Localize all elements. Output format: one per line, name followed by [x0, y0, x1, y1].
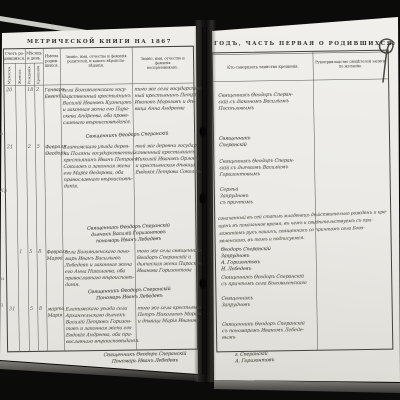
col-header-male: Мужеска. — [7, 64, 11, 84]
godparents-entry: той же деревни государ-ственный крестьян… — [135, 142, 193, 175]
handwriting-line: Евдокія Петрова Соколова — [135, 168, 194, 175]
male-count: 20 — [6, 87, 15, 93]
officiant-entry: Священникъ Ѳеодоръ Сперан-скій съ дьячко… — [219, 157, 317, 178]
baptism-day: 2 — [36, 87, 43, 93]
right-register-table: Кто совершалъ таинство крещенія. Рукопри… — [212, 50, 394, 353]
col-header-female: Женска. — [18, 64, 22, 84]
cross-page-annotation: означенный въ сей статьѣ младенецъ дѣйст… — [218, 209, 389, 246]
officiant-entry: СергѣйЗапрудновъсъ причтомъ — [220, 185, 318, 206]
handwriting-line: вославнаго вѣроисповѣданія. — [66, 338, 136, 345]
baptism-day: 8 — [38, 249, 45, 255]
margin-mark: З — [0, 303, 3, 309]
baptism-day: 5 — [37, 144, 44, 150]
birth-day: 18 — [27, 87, 34, 93]
binding-stitch-knot — [200, 126, 207, 137]
col-header-count: Счетъ ро- дившихся. — [4, 51, 25, 61]
handwriting-line: Запрудновъ — [221, 300, 319, 308]
binding-stitch-thread — [206, 27, 207, 375]
handwriting-line: вымъ — [222, 333, 320, 341]
parents-entry: Елатомскаго уѣзда селаАрхангельскаго дья… — [65, 305, 135, 345]
name-cell: Февраля Марѳа — [47, 249, 64, 262]
bottom-signatures: г. СперанскійА. Горизонтовъ — [235, 349, 315, 365]
margin-mark: н — [0, 131, 3, 137]
register-row: 21 2 5 Февраля Ѳеодоръ Елатомскаго уѣзда… — [5, 140, 195, 248]
godparents-entry: того же села священникъѲеодоръ Сперанскі… — [137, 247, 195, 274]
register-row: 1 5 8 Февраля Марѳа села Богоявленскаго … — [7, 245, 197, 305]
handwriting-line: славнаго вѣроисповѣданія. — [63, 119, 133, 126]
handwriting-line: съ причтомъ села Богоявленскаго — [221, 279, 319, 287]
handwriting-line: Горизонтовымъ — [219, 170, 317, 178]
parents-entry: Елатомскаго уѣзда дерев-ни Поляны госуда… — [63, 143, 133, 189]
godparents-entry: того же села государствен-ный крестьянин… — [134, 85, 192, 112]
row-signatures: Священникъ Ѳеодоръ СперанскійПономарь Ив… — [65, 286, 193, 301]
handwriting-line: съ причтомъ — [220, 198, 318, 206]
col-header-baptized: Крещенія. — [36, 64, 40, 84]
col-header-godparents: Званіе, имя, отчество и фамилія воспріем… — [132, 56, 193, 70]
col-header-born: Рожденія. — [27, 64, 31, 84]
register-row: 20 18 2 Генваря Евгеній села Богоявленск… — [4, 83, 194, 143]
name-cell: марта Марія — [47, 306, 64, 319]
birth-day: 5 — [29, 249, 36, 255]
clergy-signatures: Священникъ Ѳеодоръ СперанскійПономарь Ив… — [90, 350, 200, 365]
handwritten-flourish-mark — [376, 37, 399, 87]
godparents-entry: того же села крестьянинъПетръ Николаевъ … — [137, 304, 195, 324]
baptism-day: 8 — [39, 306, 46, 312]
row-signatures: Священникъ Ѳеодоръ Сперанскій — [63, 131, 191, 139]
officiant-entry: Священникъ Ѳеодоръ Сперанскійсъ пономаре… — [222, 320, 320, 341]
handwriting-line: И. Лебедевъ — [221, 264, 319, 272]
birth-day: 2 — [28, 144, 35, 150]
header-bottom-line — [213, 79, 388, 82]
binding-stitch-knot — [200, 278, 207, 289]
handwriting-line: Сперанскій — [219, 140, 317, 148]
officiant-entry: Священникъ Ѳеодоръ Сперан-скій съ діакон… — [218, 91, 316, 112]
col-header-parents: Званіе, имя, отчество и фамилія родителе… — [60, 54, 132, 69]
officiant-entry: СвященникъЗапрудновъ — [221, 294, 319, 309]
child-name: Евгеній — [44, 93, 61, 100]
margin-mark: и — [1, 276, 4, 282]
handwriting-line: вица Анна Андреева — [134, 105, 193, 112]
handwriting-line: Священникъ Ѳеодоръ Сперанскій — [63, 129, 191, 141]
birth-day: 5 — [30, 306, 37, 312]
handwriting-line: данія. — [64, 182, 134, 189]
col-header-month-day: Мѣсяцъ и день. — [25, 51, 43, 61]
left-register-table: Счетъ ро- дившихся. Мѣсяцъ и день. Мужес… — [3, 46, 198, 353]
male-count: 31 — [9, 306, 18, 312]
child-name: Ѳеодоръ — [45, 150, 62, 157]
left-page-title: МЕТРИЧЕСКОЙ КНИГИ НА 1867 — [5, 38, 194, 45]
female-count: 1 — [19, 249, 27, 255]
handwriting-line: Иванова Горизонтова — [137, 267, 196, 274]
child-name: Марія — [47, 312, 64, 319]
right-page-title: ГОДЪ, ЧАСТЬ ПЕРВАЯ О РОДИВШИХСЯ. — [214, 40, 389, 47]
col-header-names: Имена родив- шихся. — [43, 54, 60, 68]
scanned-book-photo: МЕТРИЧЕСКОЙ КНИГИ НА 1867 Счетъ ро- дивш… — [0, 0, 400, 400]
handwriting-line: и дѣвица Марія Иванова — [137, 317, 196, 324]
parents-entry: села Богоявленскаго поно-марь Иванъ Васи… — [65, 248, 135, 288]
child-name: Марѳа — [47, 255, 64, 262]
col-header-officiant: Кто совершалъ таинство крещенія. — [217, 64, 309, 70]
parents-entry: села Богоявленскаго госу-дарственный кре… — [62, 86, 132, 126]
witness-signature-stack: Ѳеодоръ СперанскійЗапрудновъА. Горизонто… — [221, 245, 319, 273]
register-row: 31 5 8 марта Марія Елатомскаго уѣзда сел… — [7, 302, 197, 351]
officiant-entry: СвященникъСперанскій — [219, 134, 317, 149]
row-signatures: Священникъ Ѳеодоръ Сперанскійдьячокъ Вас… — [64, 223, 192, 244]
name-cell: Генваря Евгеній — [44, 87, 61, 100]
male-count: 21 — [7, 144, 16, 150]
binding-stitch-knot — [200, 193, 207, 204]
margin-mark: Кр — [0, 188, 7, 194]
name-cell: Февраля Ѳеодоръ — [45, 144, 62, 157]
officiant-entry: Священникъ Ѳеодоръ Сперанскійсъ причтомъ… — [221, 273, 319, 288]
handwriting-line: Поспѣловымъ — [218, 104, 316, 112]
